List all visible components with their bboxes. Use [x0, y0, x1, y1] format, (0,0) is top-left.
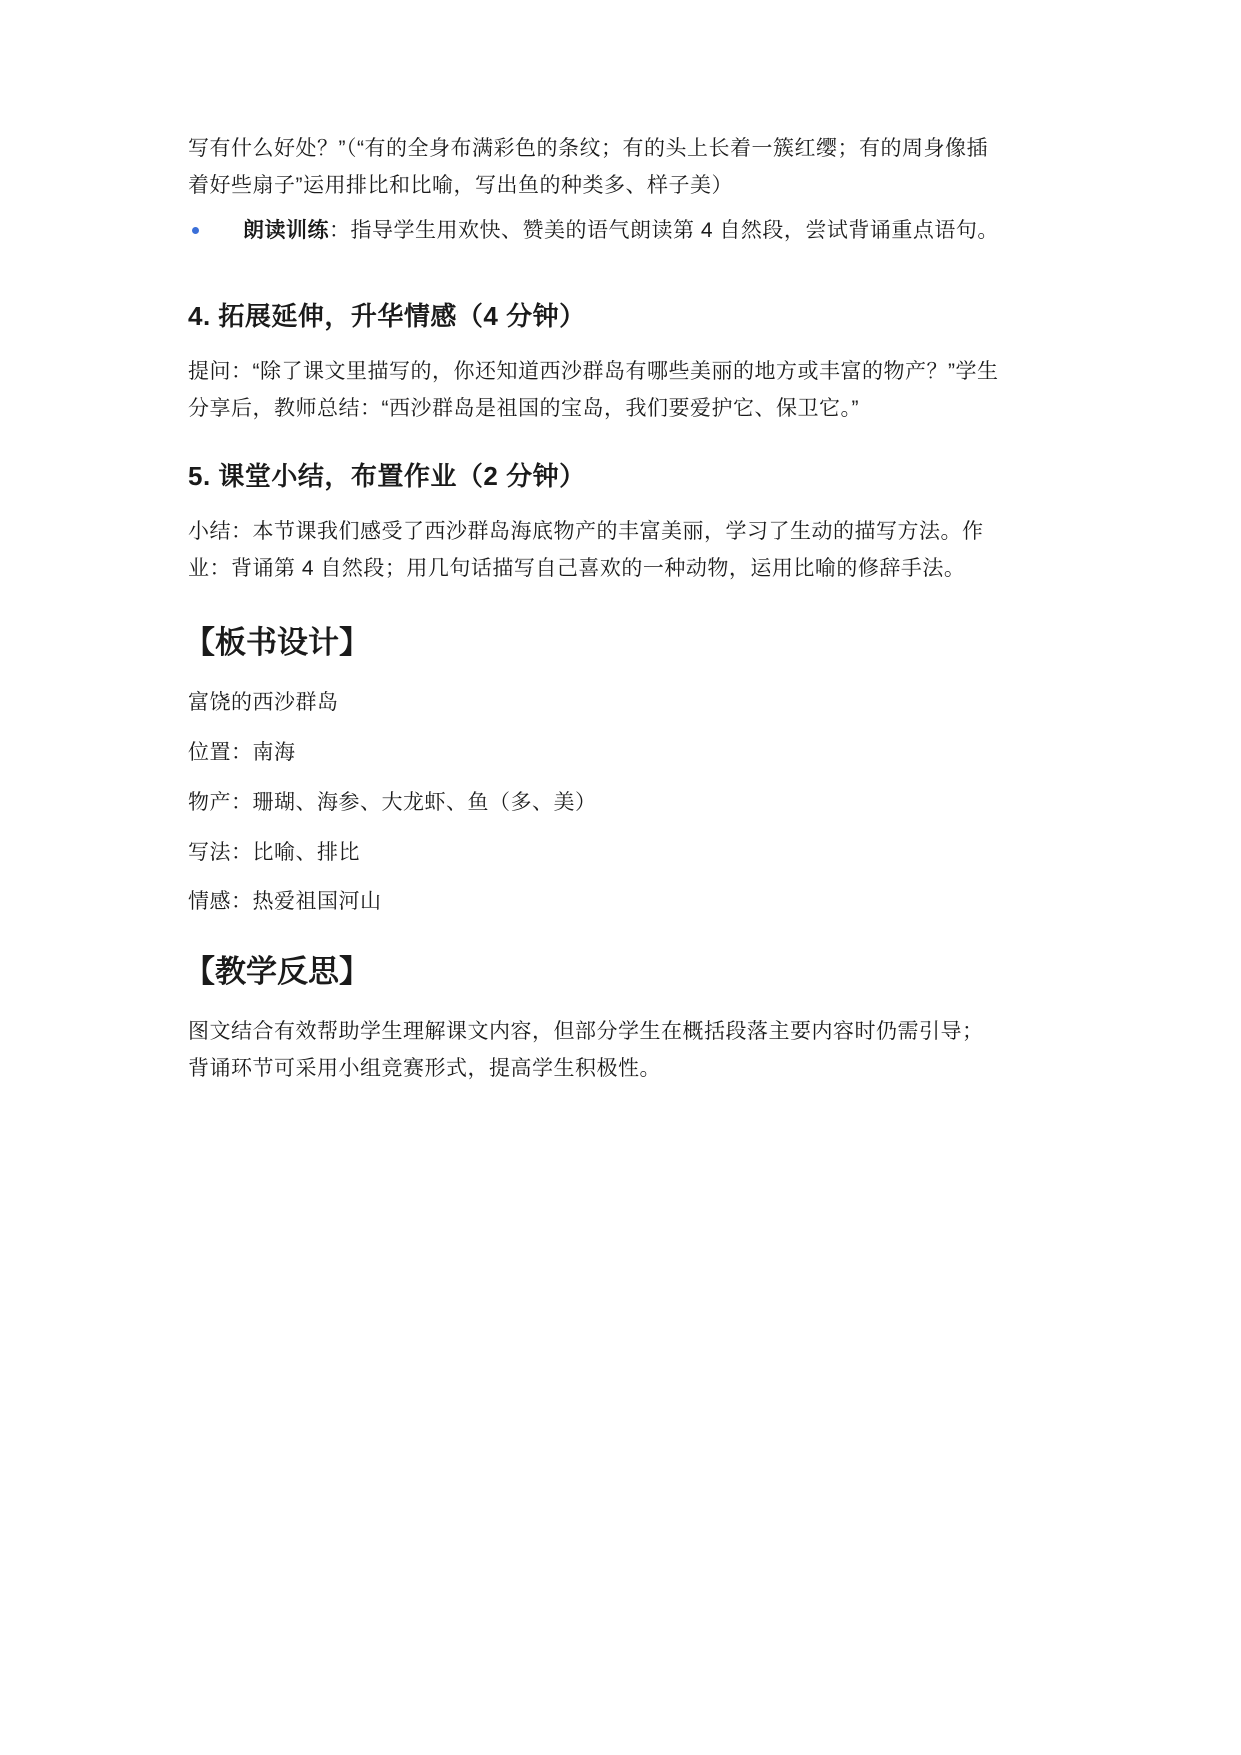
board-item: 富饶的西沙群岛 — [188, 684, 339, 721]
bullet-item-reading-training: 朗读训练 ：指导学生用欢快、赞美的语气朗读第 4 自然段，尝试背诵重点语句。 — [188, 212, 999, 249]
board-item: 物产：珊瑚、海参、大龙虾、鱼（多、美） — [188, 784, 597, 821]
paragraph-line: 着好些扇子”运用排比和比喻，写出鱼的种类多、样子美） — [188, 167, 733, 204]
board-item: 位置：南海 — [188, 734, 296, 771]
paragraph-line: 小结：本节课我们感受了西沙群岛海底物产的丰富美丽，学习了生动的描写方法。作 — [188, 513, 984, 550]
paragraph-line: 提问：“除了课文里描写的，你还知道西沙群岛有哪些美丽的地方或丰富的物产？”学生 — [188, 353, 998, 390]
section-heading-4: 4. 拓展延伸，升华情感（4 分钟） — [188, 298, 586, 334]
bullet-icon — [192, 227, 199, 234]
bullet-text: ：指导学生用欢快、赞美的语气朗读第 4 自然段，尝试背诵重点语句。 — [329, 212, 999, 249]
board-item: 写法：比喻、排比 — [188, 834, 360, 871]
bullet-label: 朗读训练 — [243, 212, 329, 249]
board-item: 情感：热爱祖国河山 — [188, 883, 382, 920]
paragraph-line: 分享后，教师总结：“西沙群岛是祖国的宝岛，我们要爱护它、保卫它。” — [188, 390, 859, 427]
paragraph-line: 图文结合有效帮助学生理解课文内容，但部分学生在概括段落主要内容时仍需引导； — [188, 1013, 984, 1050]
paragraph-line: 写有什么好处？”（“有的全身布满彩色的条纹；有的头上长着一簇红缨；有的周身像插 — [188, 130, 988, 167]
reflection-heading: 【教学反思】 — [184, 952, 370, 992]
paragraph-line: 业：背诵第 4 自然段；用几句话描写自己喜欢的一种动物，运用比喻的修辞手法。 — [188, 550, 965, 587]
section-heading-5: 5. 课堂小结，布置作业（2 分钟） — [188, 458, 586, 494]
board-design-heading: 【板书设计】 — [184, 623, 370, 663]
paragraph-line: 背诵环节可采用小组竞赛形式，提高学生积极性。 — [188, 1050, 661, 1087]
